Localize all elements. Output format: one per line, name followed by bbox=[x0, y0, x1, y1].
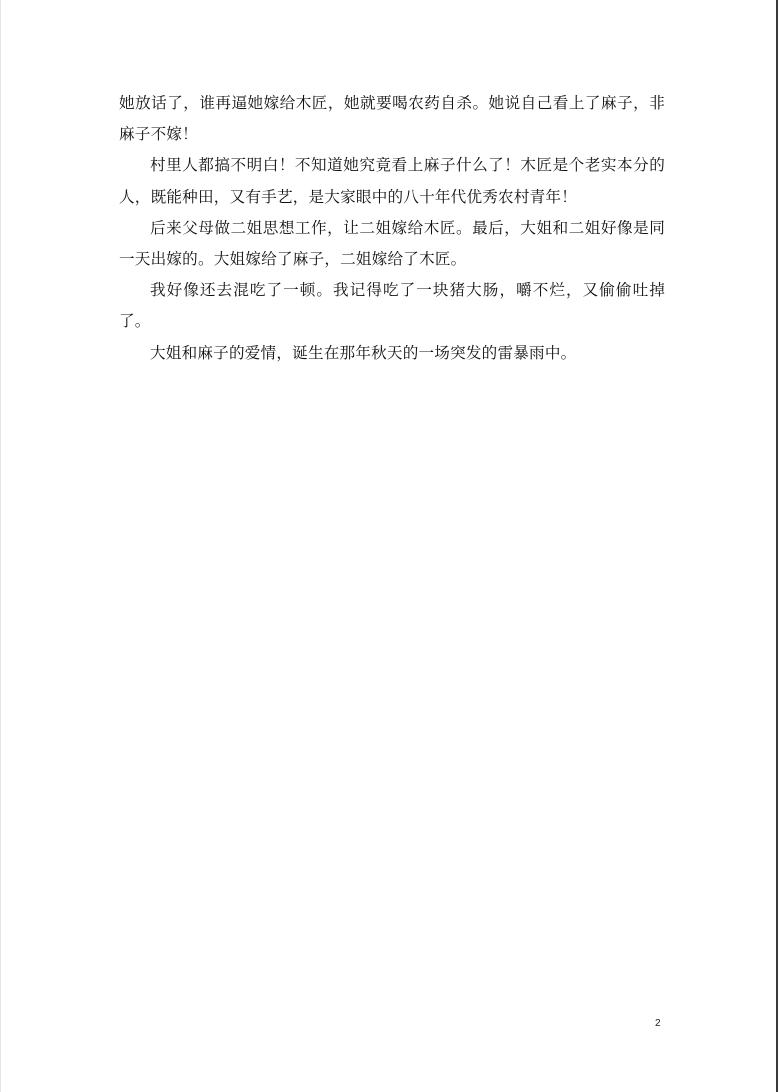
page-number: 2 bbox=[655, 1018, 661, 1029]
document-page: 她放话了，谁再逼她嫁给木匠，她就要喝农药自杀。她说自己看上了麻子，非麻子不嫁！ … bbox=[0, 0, 778, 1092]
body-text: 她放话了，谁再逼她嫁给木匠，她就要喝农药自杀。她说自己看上了麻子，非麻子不嫁！ … bbox=[119, 88, 665, 369]
paragraph-2: 村里人都搞不明白！不知道她究竟看上麻子什么了！木匠是个老实本分的人，既能种田，又… bbox=[119, 150, 665, 212]
paragraph-3: 后来父母做二姐思想工作，让二姐嫁给木匠。最后，大姐和二姐好像是同一天出嫁的。大姐… bbox=[119, 213, 665, 275]
paragraph-4: 我好像还去混吃了一顿。我记得吃了一块猪大肠，嚼不烂，又偷偷吐掉了。 bbox=[119, 275, 665, 337]
paragraph-1: 她放话了，谁再逼她嫁给木匠，她就要喝农药自杀。她说自己看上了麻子，非麻子不嫁！ bbox=[119, 88, 665, 150]
paragraph-5: 大姐和麻子的爱情，诞生在那年秋天的一场突发的雷暴雨中。 bbox=[119, 338, 665, 369]
